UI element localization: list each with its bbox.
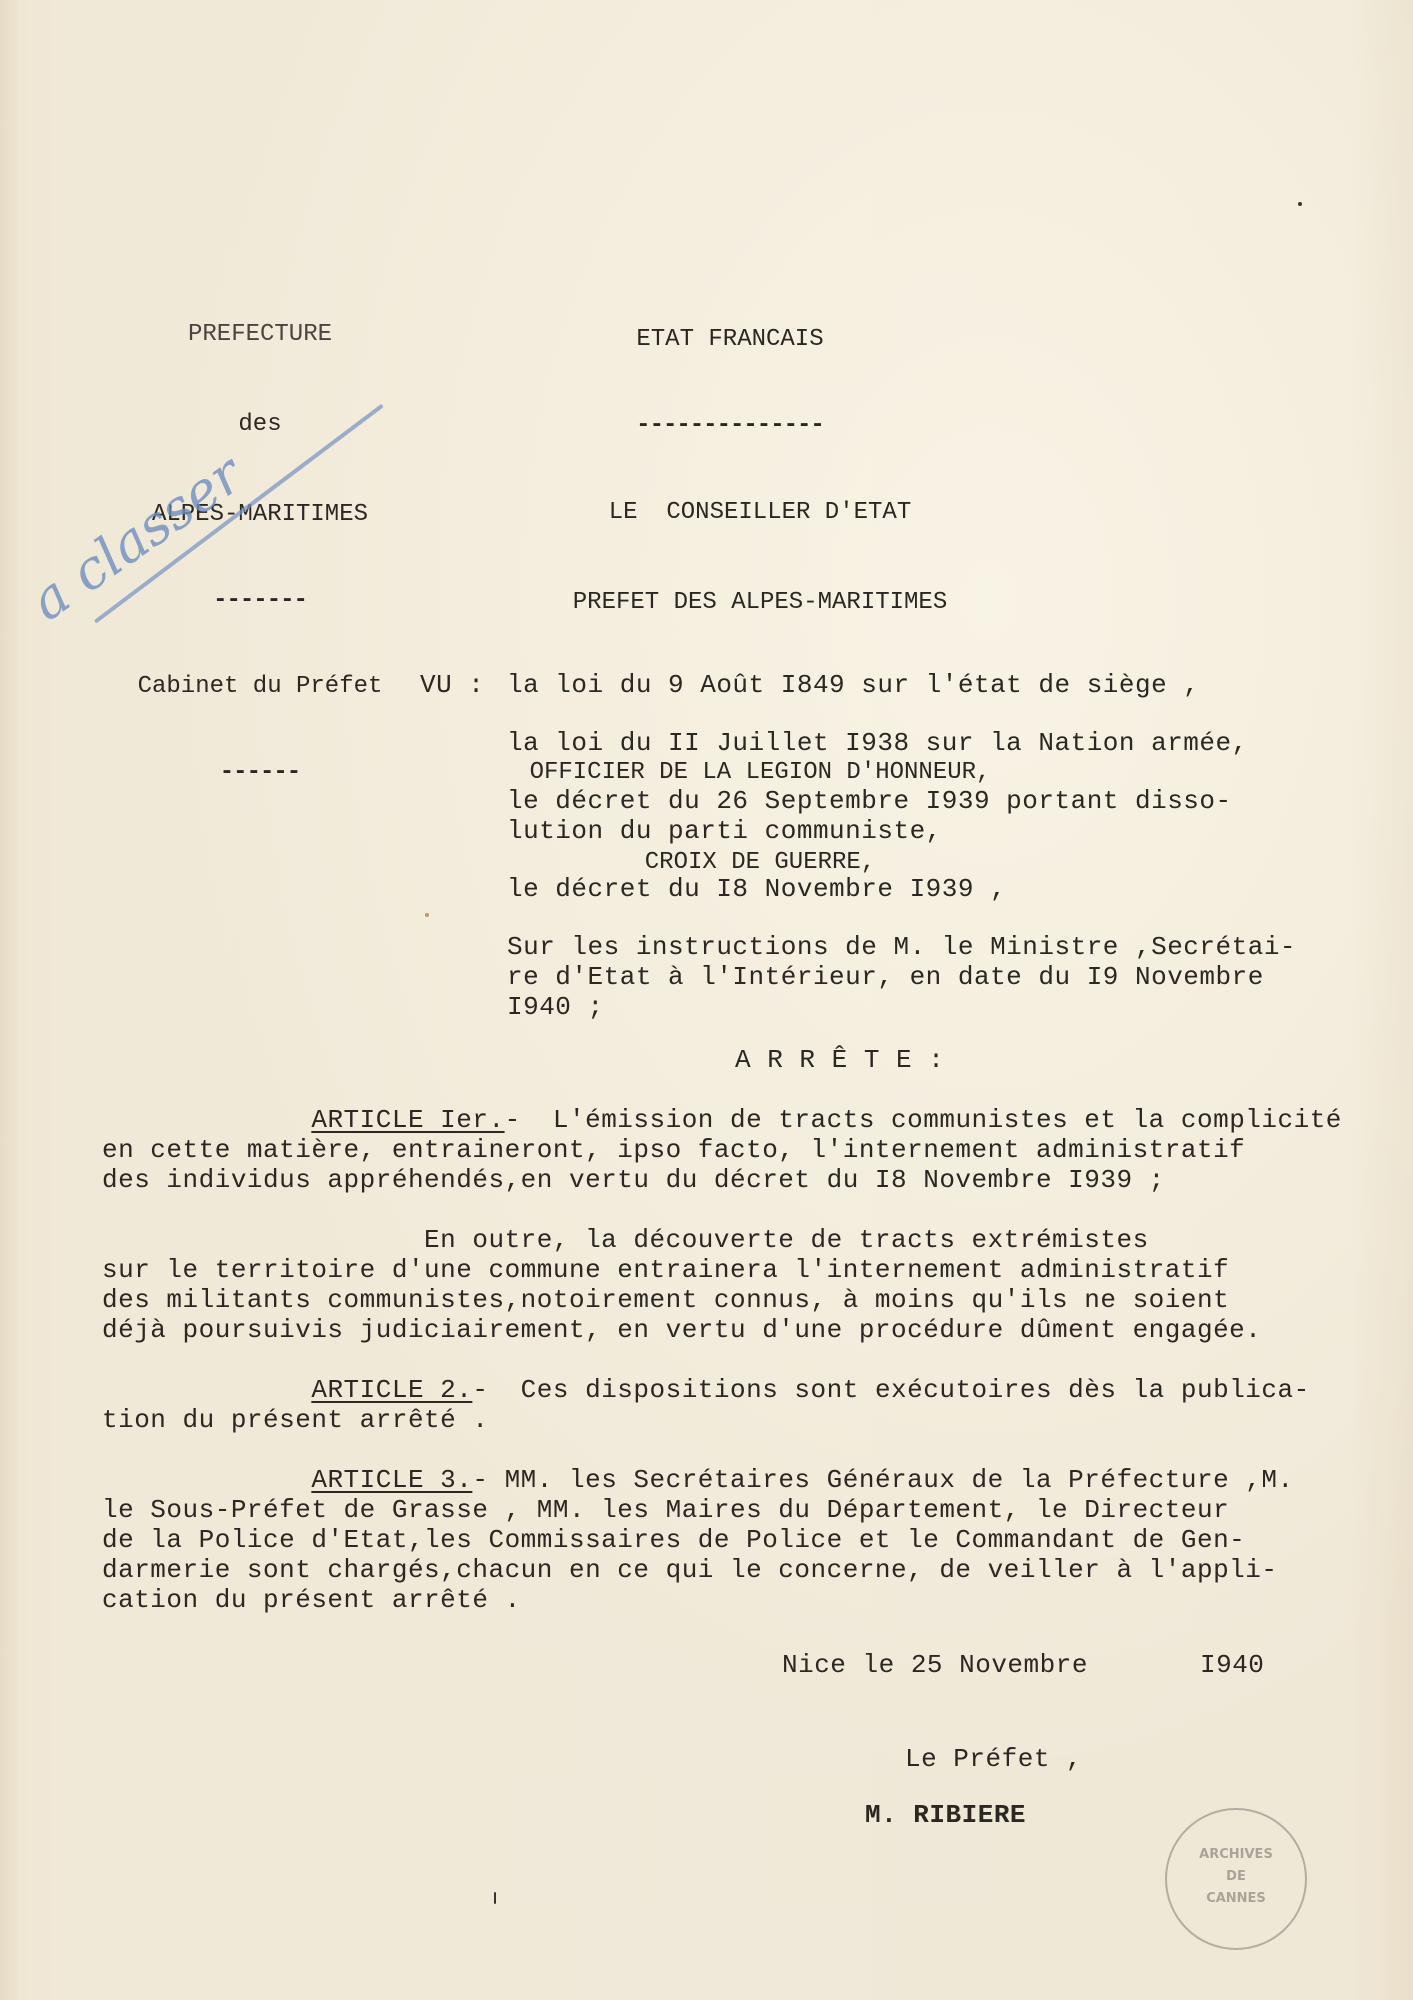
signatory-title: Le Préfet , — [905, 1744, 1082, 1774]
stamp-line: CANNES — [1167, 1888, 1305, 1910]
consideration-line: I940 ; — [507, 992, 1296, 1022]
state-title: ETAT FRANCAIS — [600, 325, 860, 355]
article-line: en cette matière, entraineront, ipso fac… — [102, 1135, 1362, 1165]
article-line: ARTICLE 2.- Ces dispositions sont exécut… — [102, 1375, 1362, 1405]
article-line: déjà poursuivis judiciairement, en vertu… — [102, 1315, 1362, 1345]
date-year: I940 — [1200, 1650, 1264, 1680]
article-label: ARTICLE 2. — [311, 1375, 472, 1405]
vu-label: VU : — [420, 670, 484, 700]
consideration-line: re d'Etat à l'Intérieur, en date du I9 N… — [507, 962, 1296, 992]
decree-heading: A R R Ê T E : — [735, 1045, 944, 1075]
consideration-item: le décret du I8 Novembre I939 , — [507, 874, 1296, 904]
consideration-line: le décret du 26 Septembre I939 portant d… — [507, 786, 1296, 816]
article-line: ARTICLE Ier.- L'émission de tracts commu… — [102, 1105, 1362, 1135]
article-line: de la Police d'Etat,les Commissaires de … — [102, 1525, 1362, 1555]
paper-speck — [425, 913, 429, 917]
article-label: ARTICLE Ier. — [311, 1105, 504, 1135]
paper-speck — [1298, 202, 1302, 206]
place-date: Nice le 25 Novembre — [782, 1650, 1088, 1680]
article-line: des individus appréhendés,en vertu du dé… — [102, 1165, 1362, 1195]
consideration-line: le décret du I8 Novembre I939 , — [507, 874, 1296, 904]
authority-line: LE CONSEILLER D'ETAT — [500, 498, 1020, 528]
consideration-line: lution du parti communiste, — [507, 816, 1296, 846]
signatory-name: M. RIBIERE — [865, 1800, 1026, 1830]
consideration-item: la loi du 9 Août I849 sur l'état de sièg… — [507, 670, 1296, 700]
state-letterhead: ETAT FRANCAIS -------------- — [600, 265, 860, 467]
article-line: tion du présent arrêté . — [102, 1405, 1362, 1435]
consideration-item: la loi du II Juillet I938 sur la Nation … — [507, 728, 1296, 758]
article-line: le Sous-Préfet de Grasse , MM. les Maire… — [102, 1495, 1362, 1525]
consideration-item: Sur les instructions de M. le Ministre ,… — [507, 932, 1296, 1022]
stamp-line: ARCHIVES — [1167, 1844, 1305, 1866]
article-line: cation du présent arrêté . — [102, 1585, 1362, 1615]
letterhead-prefecture: PREFECTURE — [100, 320, 420, 350]
articles: ARTICLE Ier.- L'émission de tracts commu… — [102, 1105, 1362, 1615]
article-label: ARTICLE 3. — [311, 1465, 472, 1495]
article-line: En outre, la découverte de tracts extrém… — [102, 1225, 1362, 1255]
article-line: sur le territoire d'une commune entraine… — [102, 1255, 1362, 1285]
archive-stamp: ARCHIVES DE CANNES — [1165, 1808, 1307, 1950]
consideration-item: le décret du 26 Septembre I939 portant d… — [507, 786, 1296, 846]
paper-speck — [494, 1892, 496, 1904]
consideration-line: Sur les instructions de M. le Ministre ,… — [507, 932, 1296, 962]
letterhead-cabinet: Cabinet du Préfet — [100, 672, 420, 702]
stamp-line: DE — [1167, 1866, 1305, 1888]
article-line: des militants communistes,notoirement co… — [102, 1285, 1362, 1315]
letterhead-divider: ------ — [100, 762, 420, 784]
consideration-line: la loi du 9 Août I849 sur l'état de sièg… — [507, 670, 1296, 700]
state-divider: -------------- — [600, 415, 860, 437]
article-continuation: En outre, la découverte de tracts extrém… — [102, 1225, 1362, 1345]
article-1: ARTICLE Ier.- L'émission de tracts commu… — [102, 1105, 1362, 1345]
article-3: ARTICLE 3.- MM. les Secrétaires Généraux… — [102, 1465, 1362, 1615]
article-2: ARTICLE 2.- Ces dispositions sont exécut… — [102, 1375, 1362, 1435]
letterhead-divider: ------- — [100, 590, 420, 612]
article-line: darmerie sont chargés,chacun en ce qui l… — [102, 1555, 1362, 1585]
consideration-line: la loi du II Juillet I938 sur la Nation … — [507, 728, 1296, 758]
considerations-list: la loi du 9 Août I849 sur l'état de sièg… — [507, 670, 1296, 1022]
article-line: ARTICLE 3.- MM. les Secrétaires Généraux… — [102, 1465, 1362, 1495]
authority-line: PREFET DES ALPES-MARITIMES — [500, 588, 1020, 618]
